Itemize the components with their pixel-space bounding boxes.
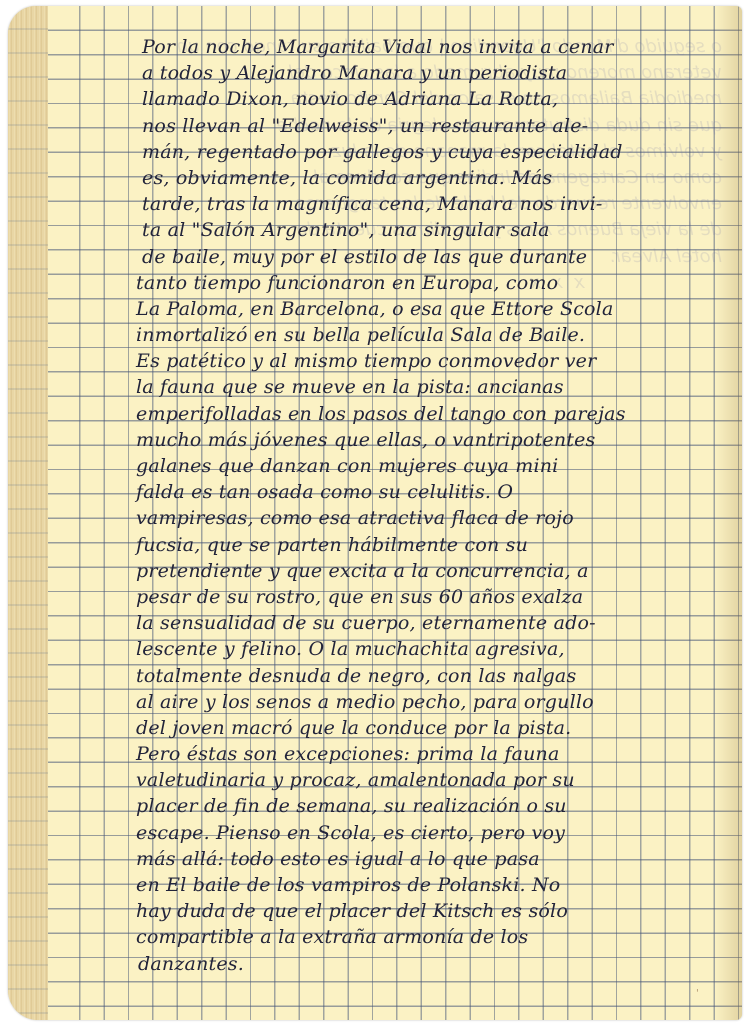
handwritten-line: Pero éstas son excepciones: prima la fau… bbox=[136, 741, 732, 767]
handwritten-line: hay duda de que el placer del Kitsch es … bbox=[136, 898, 732, 924]
handwritten-line: al aire y los senos a medio pecho, para … bbox=[136, 689, 732, 715]
ink-dot: ' bbox=[696, 988, 699, 999]
handwritten-line: más allá: todo esto es igual a lo que pa… bbox=[136, 846, 732, 872]
handwritten-line: danzantes. bbox=[138, 951, 732, 977]
handwritten-line: la fauna que se mueve en la pista: ancia… bbox=[136, 374, 732, 400]
handwritten-line: valetudinaria y procaz, amalentonada por… bbox=[136, 767, 732, 793]
handwritten-line: falda es tan osada como su celulitis. O bbox=[136, 479, 732, 505]
handwritten-line: La Paloma, en Barcelona, o esa que Ettor… bbox=[136, 296, 732, 322]
handwritten-line: mán, regentado por gallegos y cuya espec… bbox=[142, 139, 732, 165]
handwritten-line: a todos y Alejandro Manara y un periodis… bbox=[142, 60, 732, 86]
handwritten-text-block: Por la noche, Margarita Vidal nos invita… bbox=[142, 34, 732, 977]
page-edges bbox=[8, 6, 49, 1020]
handwritten-line: tarde, tras la magnífica cena, Manara no… bbox=[142, 191, 732, 217]
handwritten-line: vampiresas, como esa atractiva flaca de … bbox=[136, 505, 732, 531]
handwritten-line: lescente y felino. O la muchachita agres… bbox=[136, 636, 732, 662]
handwritten-line: es, obviamente, la comida argentina. Más bbox=[142, 165, 732, 191]
handwritten-line: fucsia, que se parten hábilmente con su bbox=[136, 532, 732, 558]
handwritten-line: compartible a la extraña armonía de los bbox=[136, 924, 732, 950]
handwritten-line: Por la noche, Margarita Vidal nos invita… bbox=[142, 34, 732, 60]
handwritten-line: escape. Pienso en Scola, es cierto, pero… bbox=[136, 820, 732, 846]
handwritten-line: galanes que danzan con mujeres cuya mini bbox=[136, 453, 732, 479]
handwritten-line: mucho más jóvenes que ellas, o vantripot… bbox=[136, 427, 732, 453]
handwritten-line: del joven macró que la conduce por la pi… bbox=[136, 715, 732, 741]
handwritten-line: en El baile de los vampiros de Polanski.… bbox=[136, 872, 732, 898]
handwritten-line: pesar de su rostro, que en sus 60 años e… bbox=[136, 584, 732, 610]
handwritten-line: inmortalizó en su bella película Sala de… bbox=[136, 322, 732, 348]
handwritten-line: tanto tiempo funcionaron en Europa, como bbox=[136, 270, 732, 296]
handwritten-line: pretendiente y que excita a la concurren… bbox=[136, 558, 732, 584]
handwritten-line: Es patético y al mismo tiempo conmovedor… bbox=[136, 348, 732, 374]
handwritten-line: llamado Dixon, novio de Adriana La Rotta… bbox=[142, 86, 732, 112]
handwritten-line: totalmente desnuda de negro, con las nal… bbox=[136, 663, 732, 689]
handwritten-line: placer de fin de semana, su realización … bbox=[136, 793, 732, 819]
handwritten-line: emperifolladas en los pasos del tango co… bbox=[136, 401, 732, 427]
handwritten-line: de baile, muy por el estilo de las que d… bbox=[142, 244, 732, 270]
handwritten-line: nos llevan al "Edelweiss", un restaurant… bbox=[142, 113, 732, 139]
handwritten-line: ta al "Salón Argentino", una singular sa… bbox=[142, 217, 732, 243]
handwritten-line: la sensualidad de su cuerpo, eternamente… bbox=[136, 610, 732, 636]
